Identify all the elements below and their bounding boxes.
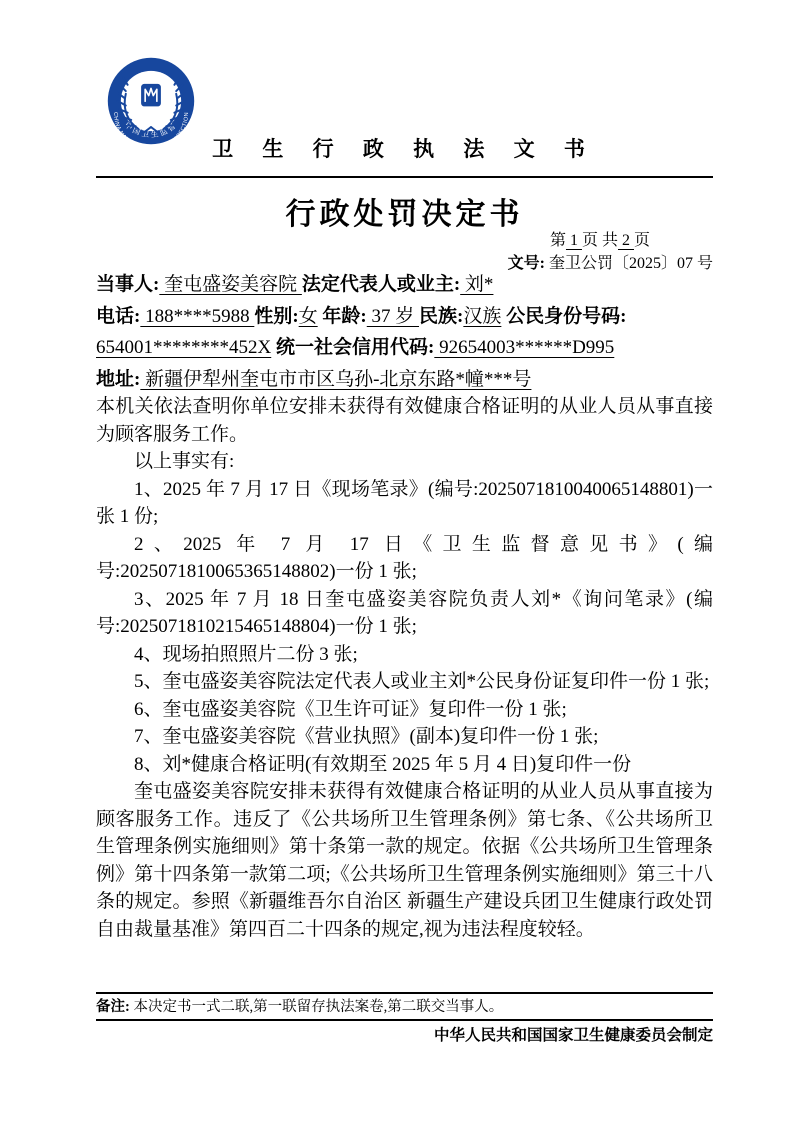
field-label: 当事人: [96, 274, 159, 295]
field-label: 性别: [254, 306, 298, 327]
body-paragraph: 7、奎屯盛姿美容院《营业执照》(副本)复印件一份 1 张; [96, 723, 713, 751]
field-value: 新疆伊犁州奎屯市市区乌孙-北京东路*幢***号 [140, 369, 531, 390]
text-run: 页 [634, 232, 650, 249]
logo-center-badge-icon [141, 84, 161, 107]
body-paragraph: 6、奎屯盛姿美容院《卫生许可证》复印件一份 1 张; [96, 696, 713, 724]
field-value: 1 [566, 232, 582, 249]
field-value: 刘* [460, 274, 493, 295]
footnote: 备注: 本决定书一式二联,第一联留存执法案卷,第二联交当事人。 [96, 992, 713, 1021]
issuer-line: 中华人民共和国国家卫生健康委员会制定 [434, 1023, 713, 1045]
field-label: 年龄: [322, 306, 366, 327]
decision-body: 本机关依法查明你单位安排未获得有效健康合格证明的从业人员从事直接为顾客服务工作。… [96, 393, 713, 943]
field-value: 奎屯盛姿美容院 [159, 274, 302, 295]
field-value: 女 [299, 306, 318, 327]
field-label: 民族: [419, 306, 463, 327]
party-fields: 当事人: 奎屯盛姿美容院 法定代表人或业主: 刘* 电话: 188****598… [96, 269, 713, 395]
field-line: 地址: 新疆伊犁州奎屯市市区乌孙-北京东路*幢***号 [96, 364, 713, 396]
body-paragraph: 5、奎屯盛姿美容院法定代表人或业主刘*公民身份证复印件一份 1 张; [96, 668, 713, 696]
field-label: 法定代表人或业主: [302, 274, 460, 295]
field-label: 地址: [96, 369, 140, 390]
doc-category-title: 卫 生 行 政 执 法 文 书 [96, 133, 713, 163]
field-line: 当事人: 奎屯盛姿美容院 法定代表人或业主: 刘* [96, 269, 713, 301]
field-label: 统一社会信用代码: [276, 337, 434, 358]
page-number-line: 第 1 页 共 2 页 [550, 227, 650, 250]
field-line: 电话: 188****5988 性别:女 年龄: 37 岁 民族:汉族 公民身份… [96, 301, 713, 333]
body-paragraph: 3、2025 年 7 月 18 日奎屯盛姿美容院负责人刘*《询问笔录》(编号:2… [96, 586, 713, 641]
body-paragraph: 4、现场拍照照片二份 3 张; [96, 641, 713, 669]
body-paragraph: 奎屯盛姿美容院安排未获得有效健康合格证明的从业人员从事直接为顾客服务工作。违反了… [96, 778, 713, 943]
field-value: 汉族 [463, 306, 501, 327]
field-value: 2 [618, 232, 634, 249]
field-value: 37 岁 [367, 306, 419, 327]
body-paragraph: 本机关依法查明你单位安排未获得有效健康合格证明的从业人员从事直接为顾客服务工作。 [96, 393, 713, 448]
body-paragraph: 以上事实有: [96, 448, 713, 476]
body-paragraph: 2、2025 年 7 月 17 日《卫生监督意见书》(编号:2025071810… [96, 531, 713, 586]
field-value: 654001********452X [96, 337, 271, 358]
field-value: 92654003******D995 [434, 337, 614, 358]
text-run: 本决定书一式二联,第一联留存执法案卷,第二联交当事人。 [130, 999, 503, 1015]
text-run: 页 共 [582, 232, 618, 249]
body-paragraph: 1、2025 年 7 月 17 日《现场笔录》(编号:2025071810040… [96, 476, 713, 531]
field-value: 188****5988 [140, 306, 254, 327]
field-label: 电话: [96, 306, 140, 327]
field-line: 654001********452X 统一社会信用代码: 92654003***… [96, 332, 713, 364]
header-divider [96, 176, 713, 178]
field-label: 备注: [96, 999, 130, 1015]
field-label: 公民身份号码: [506, 306, 626, 327]
body-paragraph: 8、刘*健康合格证明(有效期至 2025 年 5 月 4 日)复印件一份 [96, 751, 713, 779]
penalty-decision-document: CHINA NATIONAL HEALTH INSPECTION 中国卫生监督 [0, 0, 793, 1122]
text-run: 第 [550, 232, 566, 249]
